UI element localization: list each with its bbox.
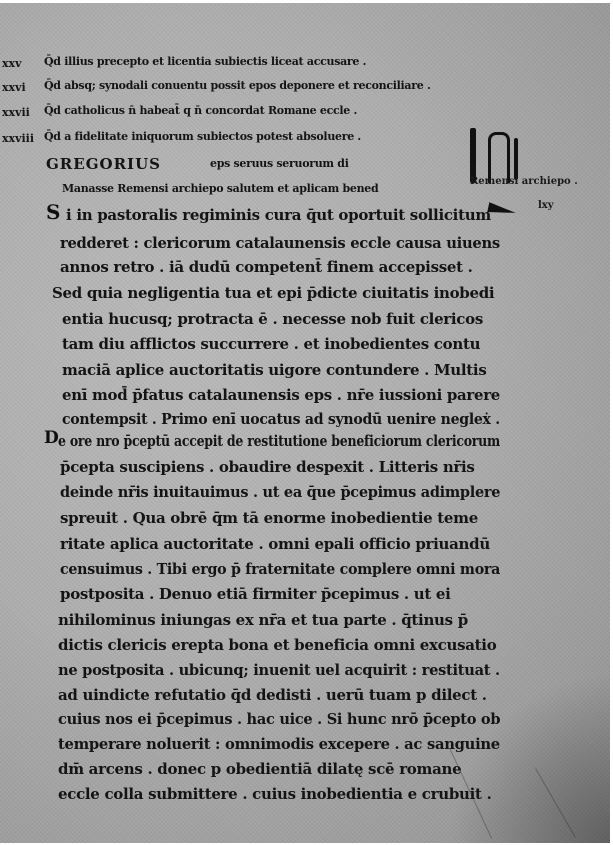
text-line: ne postposita . ubicunq; inuenit uel acq…: [58, 661, 500, 679]
chapter-numeral: xxvii: [2, 106, 30, 119]
chapter-numeral: xxviii: [2, 132, 34, 145]
text-line: deinde nr̄is inuitauimus . ut ea q̄ue p̄…: [60, 483, 500, 501]
text-line: nihilominus iniungas ex nr̄a et tua part…: [58, 611, 468, 629]
text-line: ad uindicte refutatio q̄d dedisti . uerū…: [58, 686, 487, 704]
text-line: temperare noluerit : omnimodis excepere …: [58, 735, 500, 753]
text-line: annos retro . iā dudū competent̄ finem a…: [60, 258, 473, 276]
parchment-crack: [535, 768, 576, 838]
text-line: p̄cepta suscipiens . obaudire despexit .…: [60, 458, 475, 476]
salutation-line-2: Manasse Remensi archiepo salutem et apli…: [62, 182, 378, 195]
chapter-numeral: xxv: [2, 57, 22, 70]
text-line: spreuit . Qua obrē q̄m tā enorme inobedi…: [60, 509, 478, 527]
text-line: entia hucusq; protracta ē . necesse nob …: [62, 310, 483, 328]
manuscript-page: xxv Q̄d illius precepto et licentia subi…: [0, 0, 613, 845]
initial-letter: S: [46, 200, 60, 224]
text-line: tam diu afflictos succurrere . et inobed…: [62, 335, 480, 353]
rubric-gregorius: GREGORIUS: [46, 155, 161, 173]
text-line: e ore nro p̄ceptū accepit de restitution…: [58, 432, 500, 450]
margin-glyph: [470, 128, 476, 183]
chapter-line: Q̄d a fidelitate iniquorum subiectos pot…: [44, 130, 361, 143]
text-line: ritate aplica auctoritate . omni epali o…: [60, 535, 490, 553]
text-line: eccle colla submittere . cuius inobedien…: [58, 785, 492, 803]
salutation-line-1: eps seruus seruorum di: [210, 157, 349, 170]
folio-number: lxy: [538, 200, 554, 211]
text-line: i in pastoralis regiminis cura q̄ut opor…: [66, 206, 491, 224]
text-line: Sed quia negligentia tua et epi p̄dicte …: [52, 284, 494, 302]
chapter-line: Q̄d catholicus n̄ habeat̄ q n̄ concordat…: [44, 104, 357, 117]
text-line: cuius nos ei p̄cepimus . hac uice . Si h…: [58, 710, 500, 728]
text-line: censuimus . Tibi ergo p̄ fraternitate co…: [60, 560, 500, 578]
text-line: contempsit . Primo enī uocatus ad synodū…: [62, 410, 500, 428]
margin-annotation: Remensi archiepo . lxy: [468, 128, 588, 218]
chapter-numeral: xxvi: [2, 81, 26, 94]
text-line: redderet : clericorum catalaunensis eccl…: [60, 234, 500, 252]
text-line: maciā aplice auctoritatis uigore contund…: [62, 361, 486, 379]
text-line: dm̄ arcens . donec p obedientiā dilatę s…: [58, 760, 461, 778]
text-line: postposita . Denuo etiā firmiter p̄cepim…: [60, 585, 451, 603]
margin-note-text: Remensi archiepo .: [470, 176, 578, 187]
initial-letter: D: [44, 428, 59, 448]
text-line: enī mod̄ p̄fatus catalaunensis eps . nr̄…: [62, 386, 500, 404]
chapter-line: Q̄d illius precepto et licentia subiecti…: [44, 55, 366, 68]
chapter-line: Q̄d absq; synodali conuentu possit epos …: [44, 79, 431, 92]
text-line: dictis clericis erepta bona et beneficia…: [58, 636, 496, 654]
margin-glyph: [514, 138, 518, 180]
